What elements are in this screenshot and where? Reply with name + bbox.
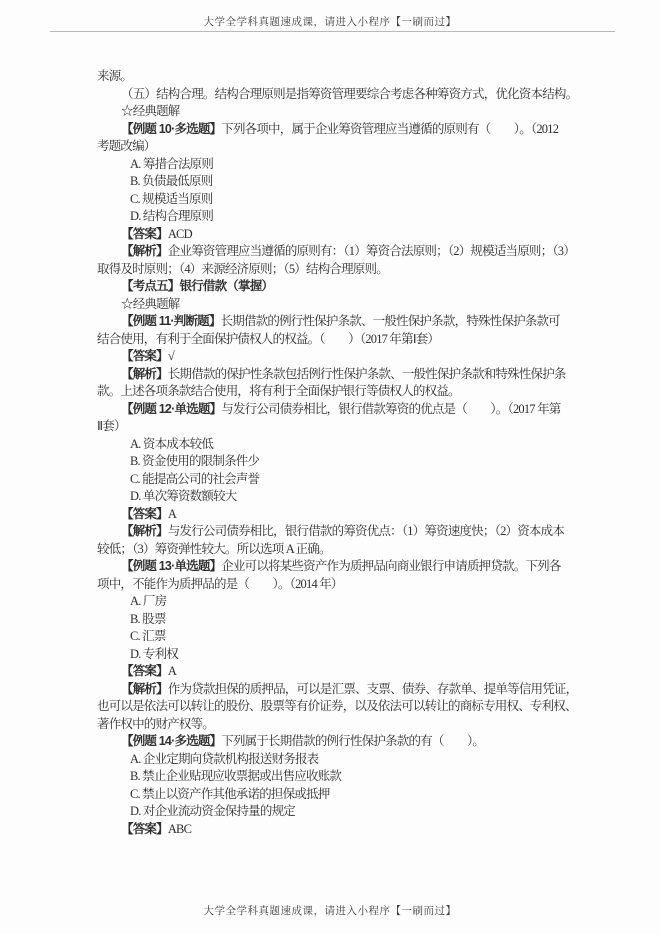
text-line: 来源。 (97, 68, 571, 86)
text-segment: A. 资本成本较低 (130, 437, 213, 451)
text-line: 考题改编） (97, 138, 571, 156)
bold-label: 【答案】 (121, 349, 168, 363)
text-line: A. 厂房 (97, 593, 571, 611)
text-line: D. 结构合理原则 (97, 208, 571, 226)
text-line: C. 规模适当原则 (97, 191, 571, 209)
text-segment: A (168, 664, 176, 678)
text-line: 较低；（3）筹资弹性较大。所以选项 A 正确。 (97, 541, 571, 559)
text-line: B. 股票 (97, 611, 571, 629)
text-segment: A. 企业定期向贷款机构报送财务报表 (130, 752, 318, 766)
text-segment: （五）结构合理。结构合理原则是指筹资管理要综合考虑各种筹资方式，优化资本结构。 (121, 87, 577, 101)
document-body: 来源。（五）结构合理。结构合理原则是指筹资管理要综合考虑各种筹资方式，优化资本结… (97, 68, 571, 838)
text-line: C. 汇票 (97, 628, 571, 646)
bold-label: 【例题 13·单选题】 (121, 559, 221, 573)
text-line: 【解析】作为贷款担保的质押品，可以是汇票、支票、债券、存款单、提单等信用凭证， (97, 681, 571, 699)
text-segment: 长期借款的例行性保护条款、一般性保护条款，特殊性保护条款可 (221, 314, 560, 328)
text-segment: 著作权中的财产权等。 (97, 717, 214, 731)
document-page: 大学全学科真题速成课，请进入小程序【一刷而过】 来源。（五）结构合理。结构合理原… (0, 0, 660, 934)
text-segment: 来源。 (97, 69, 132, 83)
text-segment: A. 厂房 (130, 594, 166, 608)
text-segment: 较低；（3）筹资弹性较大。所以选项 A 正确。 (97, 542, 331, 556)
text-line: D. 专利权 (97, 646, 571, 664)
text-segment: 长期借款的保护性条款包括例行性保护条款、一般性保护条款和特殊性保护条 (168, 367, 566, 381)
text-segment: C. 汇票 (130, 629, 166, 643)
text-line: A. 筹措合法原则 (97, 156, 571, 174)
bold-label: 【解析】 (121, 524, 168, 538)
bold-label: 【解析】 (121, 244, 168, 258)
text-segment: D. 专利权 (130, 647, 178, 661)
text-segment: C. 规模适当原则 (130, 192, 212, 206)
text-line: 【解析】与发行公司债券相比，银行借款的筹资优点：（1）筹资速度快；（2）资本成本 (97, 523, 571, 541)
text-line: 也可以是依法可以转让的股份、股票等有价证券，以及依法可以转让的商标专用权、专利权… (97, 698, 571, 716)
text-segment: B. 禁止企业贴现应收票据或出售应收账款 (130, 769, 341, 783)
text-line: 款。上述各项条款结合使用，将有利于全面保护银行等债权人的权益。 (97, 383, 571, 401)
text-line: 【答案】A (97, 663, 571, 681)
text-line: 【解析】企业筹资管理应当遵循的原则有：（1）筹资合法原则；（2）规模适当原则；（… (97, 243, 571, 261)
text-segment: C. 能提高公司的社会声誉 (130, 472, 259, 486)
bold-label: 【答案】 (121, 822, 168, 836)
text-segment: 考题改编） (97, 139, 156, 153)
text-line: B. 禁止企业贴现应收票据或出售应收账款 (97, 768, 571, 786)
text-line: 结合使用，有利于全面保护债权人的权益。（ ）（2017 年第Ⅰ套） (97, 331, 571, 349)
text-segment: B. 负债最低原则 (130, 174, 212, 188)
text-line: Ⅱ套） (97, 418, 571, 436)
text-line: 【解析】长期借款的保护性条款包括例行性保护条款、一般性保护条款和特殊性保护条 (97, 366, 571, 384)
text-segment: 项中，不能作为质押品的是（ ）。（2014 年） (97, 577, 343, 591)
text-segment: B. 资金使用的限制条件少 (130, 454, 259, 468)
text-segment: A. 筹措合法原则 (130, 157, 213, 171)
text-line: 【答案】ABC (97, 821, 571, 839)
text-line: C. 能提高公司的社会声誉 (97, 471, 571, 489)
text-segment: 作为贷款担保的质押品，可以是汇票、支票、债券、存款单、提单等信用凭证， (168, 682, 578, 696)
bold-label: 【答案】 (121, 227, 168, 241)
text-segment: 下列各项中，属于企业筹资管理应当遵循的原则有（ ）。（2012 (221, 122, 558, 136)
text-line: 【答案】A (97, 506, 571, 524)
text-segment: 款。上述各项条款结合使用，将有利于全面保护银行等债权人的权益。 (97, 384, 460, 398)
text-line: 【例题 13·单选题】企业可以将某些资产作为质押品向商业银行申请质押贷款。下列各 (97, 558, 571, 576)
text-segment: ACD (168, 227, 192, 241)
text-segment: 下列属于长期借款的例行性保护条款的有（ ）。 (221, 734, 484, 748)
text-segment: B. 股票 (130, 612, 166, 626)
text-line: （五）结构合理。结构合理原则是指筹资管理要综合考虑各种筹资方式，优化资本结构。 (97, 86, 571, 104)
text-segment: ABC (168, 822, 191, 836)
text-segment: 取得及时原则；（4）来源经济原则；（5）结构合理原则。 (97, 262, 388, 276)
text-segment: ☆经典题解 (121, 297, 180, 311)
text-segment: 与发行公司债券相比，银行借款的筹资优点：（1）筹资速度快；（2）资本成本 (168, 524, 564, 538)
bold-label: 【答案】 (121, 664, 168, 678)
text-line: 【例题 10·多选题】下列各项中，属于企业筹资管理应当遵循的原则有（ ）。（20… (97, 121, 571, 139)
header-divider (50, 31, 615, 32)
text-segment: √ (168, 349, 174, 363)
text-segment: D. 对企业流动资金保持量的规定 (130, 804, 295, 818)
text-line: 取得及时原则；（4）来源经济原则；（5）结构合理原则。 (97, 261, 571, 279)
text-line: 【考点五】银行借款（掌握） (97, 278, 571, 296)
text-segment: D. 结构合理原则 (130, 209, 213, 223)
text-line: D. 对企业流动资金保持量的规定 (97, 803, 571, 821)
text-line: 【例题 14·多选题】下列属于长期借款的例行性保护条款的有（ ）。 (97, 733, 571, 751)
text-segment: 与发行公司债券相比，银行借款筹资的优点是（ ）。（2017 年第 (221, 402, 560, 416)
text-line: ☆经典题解 (97, 103, 571, 121)
text-segment: 企业可以将某些资产作为质押品向商业银行申请质押贷款。下列各 (221, 559, 560, 573)
footer-promo-text: 大学全学科真题速成课，请进入小程序【一刷而过】 (0, 903, 660, 918)
header-promo-text: 大学全学科真题速成课，请进入小程序【一刷而过】 (0, 14, 660, 29)
text-segment: Ⅱ套） (97, 419, 126, 433)
text-segment: A (168, 507, 176, 521)
text-line: C. 禁止以资产作其他承诺的担保或抵押 (97, 786, 571, 804)
text-segment: 结合使用，有利于全面保护债权人的权益。（ ）（2017 年第Ⅰ套） (97, 332, 439, 346)
bold-label: 【例题 14·多选题】 (121, 734, 221, 748)
bold-label: 【考点五】银行借款（掌握） (121, 279, 273, 293)
text-line: 著作权中的财产权等。 (97, 716, 571, 734)
text-line: ☆经典题解 (97, 296, 571, 314)
text-line: 【答案】ACD (97, 226, 571, 244)
bold-label: 【答案】 (121, 507, 168, 521)
text-line: 【例题 11·判断题】长期借款的例行性保护条款、一般性保护条款，特殊性保护条款可 (97, 313, 571, 331)
bold-label: 【例题 11·判断题】 (121, 314, 221, 328)
text-line: B. 负债最低原则 (97, 173, 571, 191)
text-segment: 企业筹资管理应当遵循的原则有：（1）筹资合法原则；（2）规模适当原则；（3） (168, 244, 575, 258)
bold-label: 【解析】 (121, 682, 168, 696)
text-line: 项中，不能作为质押品的是（ ）。（2014 年） (97, 576, 571, 594)
text-line: B. 资金使用的限制条件少 (97, 453, 571, 471)
text-line: A. 资本成本较低 (97, 436, 571, 454)
text-line: A. 企业定期向贷款机构报送财务报表 (97, 751, 571, 769)
bold-label: 【解析】 (121, 367, 168, 381)
text-line: D. 单次筹资数额较大 (97, 488, 571, 506)
text-segment: D. 单次筹资数额较大 (130, 489, 236, 503)
text-segment: ☆经典题解 (121, 104, 180, 118)
text-segment: 也可以是依法可以转让的股份、股票等有价证券，以及依法可以转让的商标专用权、专利权… (97, 699, 577, 713)
bold-label: 【例题 12·单选题】 (121, 402, 221, 416)
text-segment: C. 禁止以资产作其他承诺的担保或抵押 (130, 787, 329, 801)
text-line: 【答案】√ (97, 348, 571, 366)
text-line: 【例题 12·单选题】与发行公司债券相比，银行借款筹资的优点是（ ）。（2017… (97, 401, 571, 419)
bold-label: 【例题 10·多选题】 (121, 122, 221, 136)
